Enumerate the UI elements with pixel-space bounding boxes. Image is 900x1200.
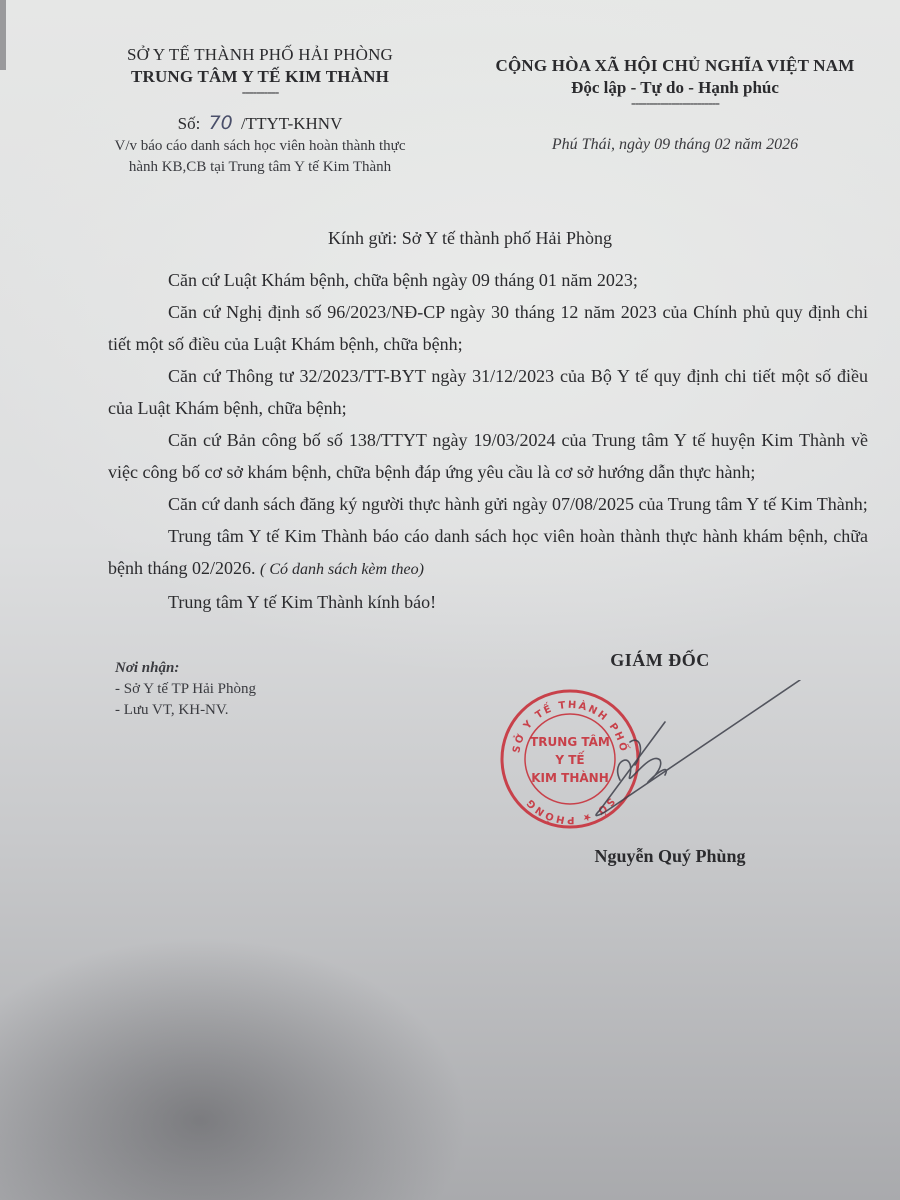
closing-paragraph: Trung tâm Y tế Kim Thành kính báo! bbox=[108, 586, 868, 618]
report-note: ( Có danh sách kèm theo) bbox=[260, 561, 424, 578]
handwritten-number: 70 bbox=[209, 112, 233, 134]
paragraph: Căn cứ Luật Khám bệnh, chữa bệnh ngày 09… bbox=[108, 264, 868, 296]
number-suffix: /TTYT-KHNV bbox=[241, 114, 342, 133]
signature-icon bbox=[560, 680, 810, 820]
paragraph: Căn cứ danh sách đăng ký người thực hành… bbox=[108, 488, 868, 520]
document-body: Căn cứ Luật Khám bệnh, chữa bệnh ngày 09… bbox=[108, 264, 868, 618]
recipient-item: - Lưu VT, KH-NV. bbox=[115, 700, 256, 721]
number-prefix: Số: bbox=[178, 114, 201, 133]
header-right: CỘNG HÒA XÃ HỘI CHỦ NGHĨA VIỆT NAM Độc l… bbox=[450, 55, 900, 109]
recipients-title: Nơi nhận: bbox=[115, 658, 256, 679]
signature-title: GIÁM ĐỐC bbox=[560, 650, 760, 671]
signer-name: Nguyễn Quý Phùng bbox=[540, 846, 800, 867]
paragraph: Căn cứ Bản công bố số 138/TTYT ngày 19/0… bbox=[108, 424, 868, 488]
page-edge bbox=[0, 0, 6, 70]
department-name: SỞ Y TẾ THÀNH PHỐ HẢI PHÒNG bbox=[60, 44, 460, 66]
header-left-separator: ---------- bbox=[60, 88, 460, 98]
recipients-block: Nơi nhận: - Sở Y tế TP Hải Phòng - Lưu V… bbox=[115, 658, 256, 721]
header-right-separator: ------------------------ bbox=[450, 99, 900, 109]
subject-line-2: hành KB,CB tại Trung tâm Y tế Kim Thành bbox=[60, 157, 460, 178]
document-number: Số: 70 /TTYT-KHNV bbox=[60, 112, 460, 134]
subject-line: V/v báo cáo danh sách học viên hoàn thàn… bbox=[60, 136, 460, 178]
national-title: CỘNG HÒA XÃ HỘI CHỦ NGHĨA VIỆT NAM bbox=[450, 55, 900, 77]
paragraph: Căn cứ Nghị định số 96/2023/NĐ-CP ngày 3… bbox=[108, 296, 868, 360]
report-text: Trung tâm Y tế Kim Thành báo cáo danh sá… bbox=[108, 526, 868, 578]
place-date: Phú Thái, ngày 09 tháng 02 năm 2026 bbox=[450, 136, 900, 154]
recipient-line: Kính gửi: Sở Y tế thành phố Hải Phòng bbox=[0, 228, 900, 249]
recipient-item: - Sở Y tế TP Hải Phòng bbox=[115, 679, 256, 700]
header-left: SỞ Y TẾ THÀNH PHỐ HẢI PHÒNG TRUNG TÂM Y … bbox=[60, 44, 460, 178]
subject-line-1: V/v báo cáo danh sách học viên hoàn thàn… bbox=[60, 136, 460, 157]
paragraph: Căn cứ Thông tư 32/2023/TT-BYT ngày 31/1… bbox=[108, 360, 868, 424]
report-paragraph: Trung tâm Y tế Kim Thành báo cáo danh sá… bbox=[108, 520, 868, 586]
